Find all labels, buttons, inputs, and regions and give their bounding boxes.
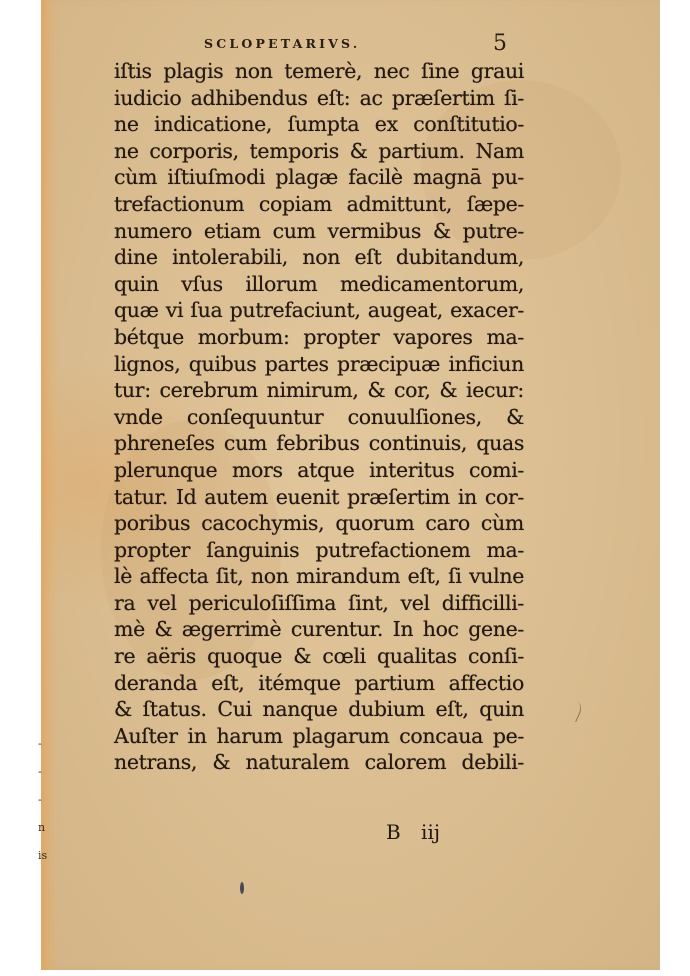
text-line: quin vſus illorum medicamentorum, [114, 271, 524, 298]
text-line: cùm iſtiuſmodi plagæ facilè magnā pu- [114, 164, 524, 191]
text-line: dine intolerabili, non eſt dubitandum, [114, 244, 524, 271]
text-line: lè affecta ſit, non mirandum eſt, ſi vul… [114, 563, 524, 590]
text-line: ne indicatione, ſumpta ex conſtitutio- [114, 111, 524, 138]
text-line: trefactionum copiam admittunt, ſæpe- [114, 191, 524, 218]
running-head: SCLOPETARIVS. 5 [41, 32, 660, 56]
gutter-mark: - [38, 758, 50, 786]
text-line: iudicio adhibendus eſt: ac præſertim ſi- [114, 85, 524, 112]
gutter-mark: - [38, 786, 50, 814]
text-line: lignos, quibus partes præcipuæ inficiun [114, 351, 524, 378]
ink-mark [562, 698, 584, 722]
text-line: mè & ægerrimè curentur. In hoc gene- [114, 616, 524, 643]
body-text: iſtis plagis non temerè, nec ſine graui … [114, 58, 524, 776]
text-line: tatur. Id autem euenit præſertim in cor- [114, 484, 524, 511]
gutter-mark: - [38, 730, 50, 758]
text-line: quæ vi ſua putrefaciunt, augeat, exacer- [114, 297, 524, 324]
paper-speck [240, 882, 244, 894]
text-line: poribus cacochymis, quorum caro cùm [114, 510, 524, 537]
text-line: & ſtatus. Cui nanque dubium eſt, quin [114, 696, 524, 723]
text-line: numero etiam cum vermibus & putre- [114, 218, 524, 245]
text-line: ne corporis, temporis & partium. Nam [114, 138, 524, 165]
text-line: iſtis plagis non temerè, nec ſine graui [114, 58, 524, 85]
text-line: phreneſes cum febribus continuis, quas [114, 430, 524, 457]
text-line: bétque morbum: propter vapores ma- [114, 324, 524, 351]
text-line: deranda eſt, itémque partium affectio [114, 670, 524, 697]
signature-mark: B iij [386, 820, 440, 844]
gutter-mark: n [38, 814, 50, 842]
text-line: propter ſanguinis putrefactionem ma- [114, 537, 524, 564]
page-number: 5 [493, 31, 507, 56]
text-line: vnde conſequuntur conuulſiones, & [114, 404, 524, 431]
text-line: Auſter in harum plagarum concaua pe- [114, 723, 524, 750]
text-line: tur: cerebrum nimirum, & cor, & iecur: [114, 377, 524, 404]
book-page: SCLOPETARIVS. 5 iſtis plagis non temerè,… [41, 0, 660, 970]
text-line: plerunque mors atque interitus comi- [114, 457, 524, 484]
text-line: re aëris quoque & cœli qualitas conſi- [114, 643, 524, 670]
running-title: SCLOPETARIVS. [204, 36, 360, 51]
gutter-mark: is [38, 842, 50, 870]
facing-page-edge: - - - n is [38, 730, 50, 870]
text-line: netrans, & naturalem calorem debili- [114, 749, 524, 776]
text-line: ra vel periculoſiſſima ſint, vel diffici… [114, 590, 524, 617]
